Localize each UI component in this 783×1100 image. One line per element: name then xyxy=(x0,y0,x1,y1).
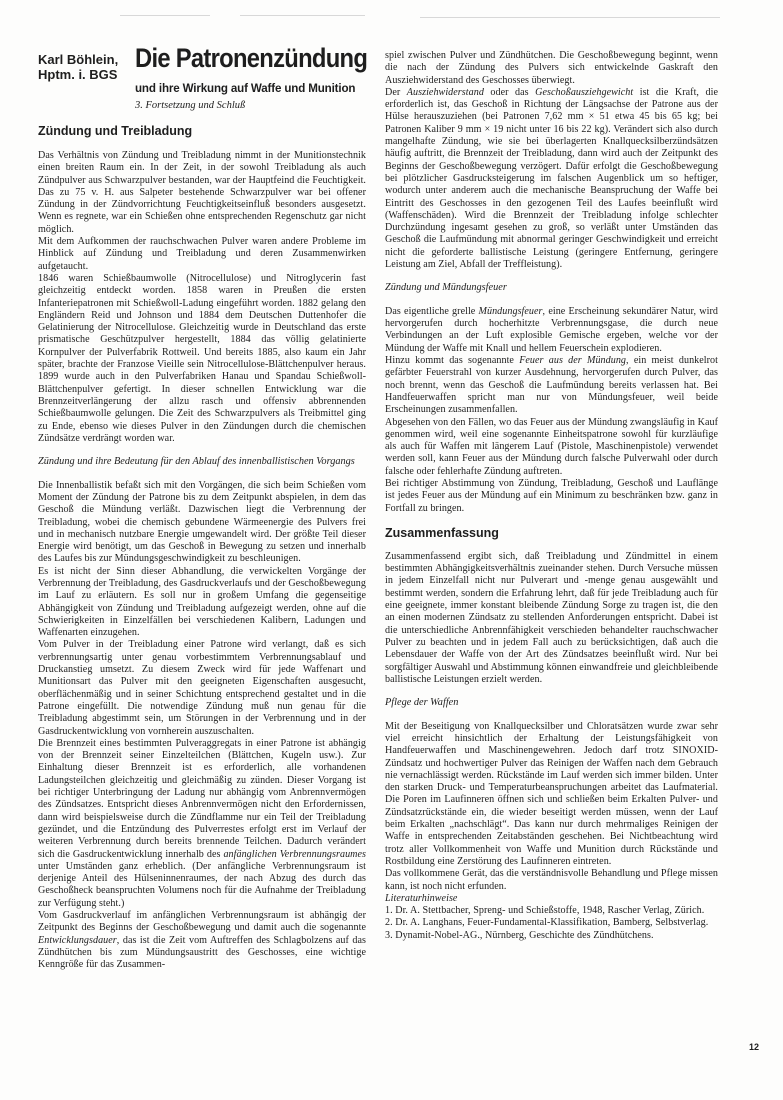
paragraph: Es ist nicht der Sinn dieser Abhandlung,… xyxy=(38,566,366,640)
emphasis: Geschoßausziehgewicht xyxy=(535,87,633,98)
paragraph: Der Ausziehwiderstand oder das Geschoßau… xyxy=(385,87,718,271)
emphasis: Ausziehwiderstand xyxy=(407,87,484,98)
scan-artifact xyxy=(420,17,720,18)
paragraph: Die Brennzeit eines bestimmten Pulveragg… xyxy=(38,738,366,910)
paragraph: spiel zwischen Pulver und Zündhütchen. D… xyxy=(385,50,718,87)
paragraph: Hinzu kommt das sogenannte Feuer aus der… xyxy=(385,355,718,416)
emphasis: Feuer aus der Mündung xyxy=(519,355,626,366)
scan-artifact xyxy=(240,15,365,16)
scan-artifact xyxy=(120,15,210,16)
emphasis: Mündungsfeuer xyxy=(479,306,543,317)
paragraph: Vom Pulver in der Treibladung einer Patr… xyxy=(38,639,366,737)
paragraph: Das Verhältnis von Zündung und Treibladu… xyxy=(38,150,366,236)
paragraph: Vom Gasdruckverlauf im anfänglichen Verb… xyxy=(38,910,366,971)
section-heading-zusammenfassung: Zusammenfassung xyxy=(385,526,718,540)
paragraph: Zusammenfassend ergibt sich, daß Treibla… xyxy=(385,551,718,686)
paragraph: Das eigentliche grelle Mündungsfeuer, ei… xyxy=(385,306,718,355)
references-heading: Literaturhinweise xyxy=(385,893,718,905)
reference-item: 2. Dr. A. Langhans, Feuer-Fundamental-Kl… xyxy=(385,917,718,929)
paragraph: Bei richtiger Abstimmung von Zündung, Tr… xyxy=(385,478,718,515)
author-rank: Hptm. i. BGS xyxy=(38,67,118,82)
author-byline: Karl Böhlein, Hptm. i. BGS xyxy=(38,52,118,82)
reference-item: 3. Dynamit-Nobel-AG., Nürnberg, Geschich… xyxy=(385,930,718,942)
section-heading-pflege: Pflege der Waffen xyxy=(385,697,718,710)
paragraph: Mit dem Aufkommen der rauchschwachen Pul… xyxy=(38,236,366,273)
series-note: 3. Fortsetzung und Schluß xyxy=(135,100,245,111)
section-heading-muendungsfeuer: Zündung und Mündungsfeuer xyxy=(385,282,718,295)
reference-item: 1. Dr. A. Stettbacher, Spreng- und Schie… xyxy=(385,905,718,917)
page-number: 12 xyxy=(749,1042,759,1052)
paragraph: Mit der Beseitigung von Knallquecksilber… xyxy=(385,721,718,869)
paragraph: Das vollkommene Gerät, das die verständn… xyxy=(385,868,718,893)
paragraph: Die Innenballistik befaßt sich mit den V… xyxy=(38,480,366,566)
article-title: Die Patronenzündung xyxy=(135,43,367,74)
paragraph: Abgesehen von den Fällen, wo das Feuer a… xyxy=(385,417,718,478)
emphasis: anfänglichen Verbrennungsraumes xyxy=(223,849,366,860)
section-heading-innenballistik: Zündung und ihre Bedeutung für den Ablau… xyxy=(38,456,366,469)
paragraph: 1846 waren Schießbaumwolle (Nitrocellulo… xyxy=(38,273,366,445)
left-column: Das Verhältnis von Zündung und Treibladu… xyxy=(38,150,366,972)
section-heading-zuendung-treibladung: Zündung und Treibladung xyxy=(38,124,192,138)
article-subtitle: und ihre Wirkung auf Waffe und Munition xyxy=(135,82,355,95)
author-name: Karl Böhlein, xyxy=(38,52,118,67)
emphasis: Entwicklungsdauer xyxy=(38,935,117,946)
right-column: spiel zwischen Pulver und Zündhütchen. D… xyxy=(385,50,718,942)
